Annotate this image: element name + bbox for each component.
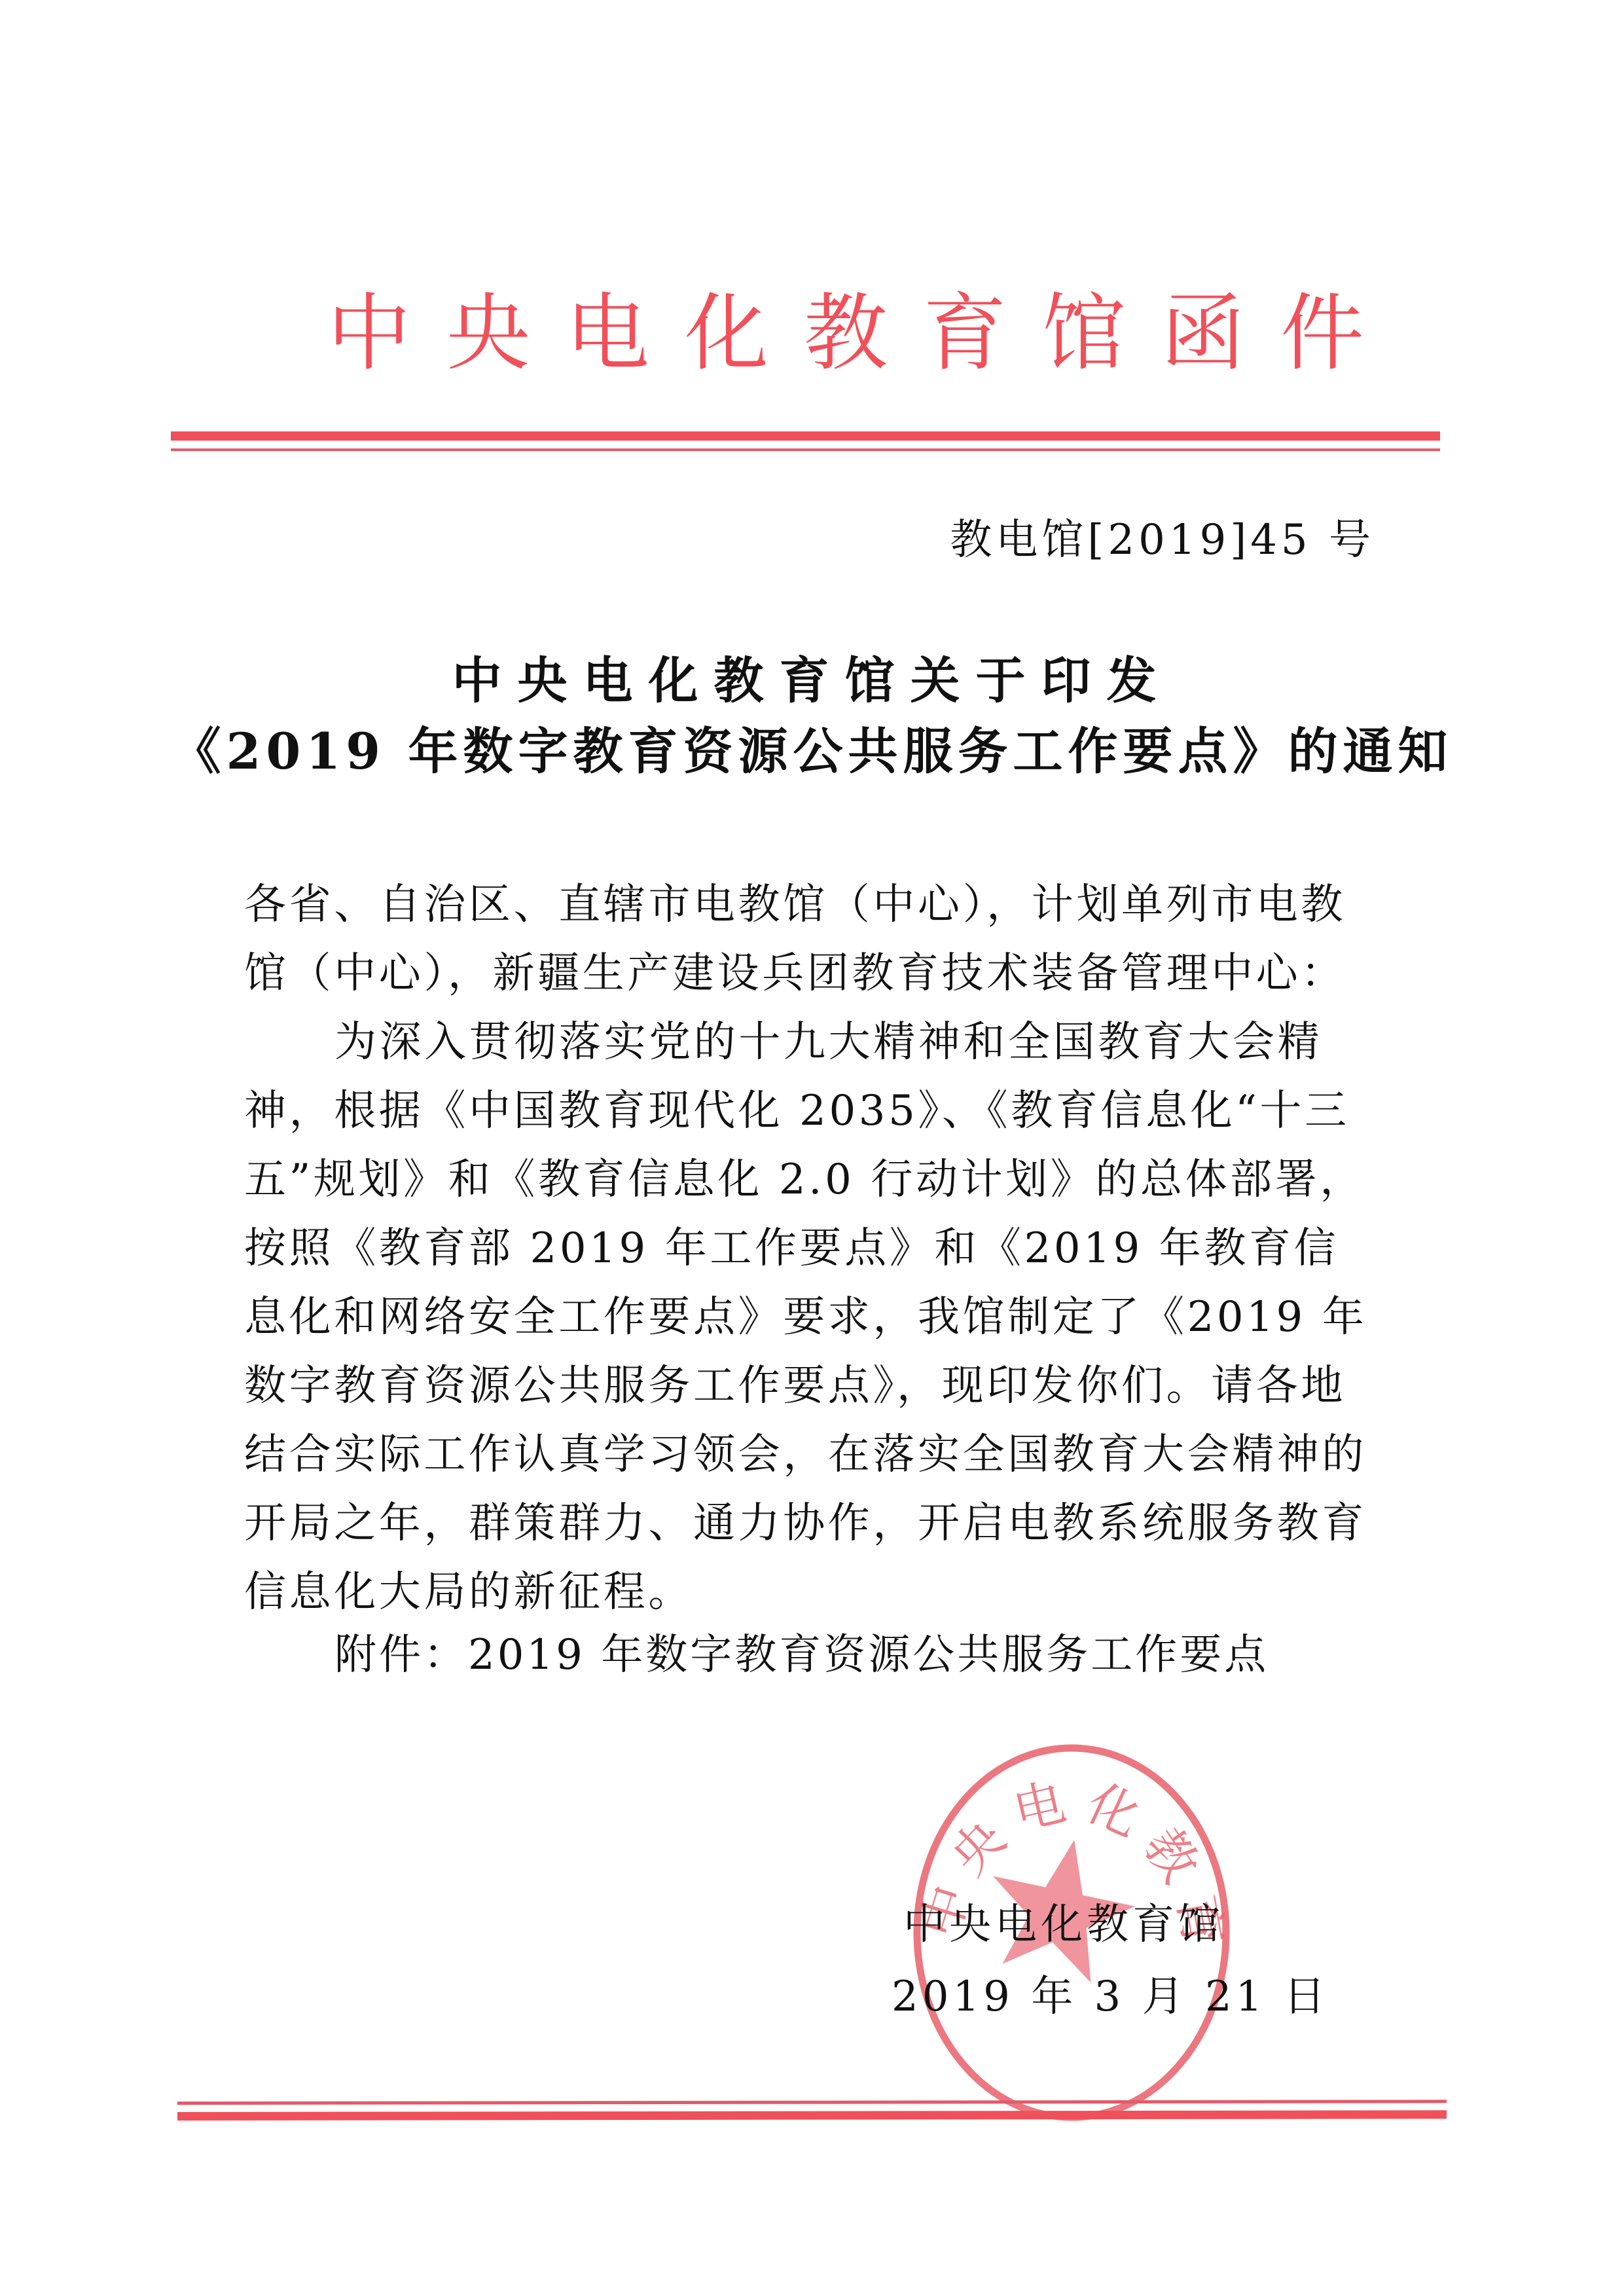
header-rule-thick <box>171 431 1440 441</box>
notice-body: 各省、自治区、直辖市电教馆（中心），计划单列市电教馆（中心），新疆生产建设兵团教… <box>244 871 1370 1627</box>
attachment-line: 附件：2019 年数字教育资源公共服务工作要点 <box>334 1622 1269 1688</box>
document-number: 教电馆[2019]45 号 <box>950 514 1375 566</box>
signature-date: 2019 年 3 月 21 日 <box>892 1964 1329 2030</box>
signature-organization: 中央电化教育馆 <box>903 1892 1224 1958</box>
header-rule-thin <box>171 448 1440 451</box>
notice-title-line1: 中央电化教育馆关于印发 <box>0 648 1624 714</box>
body-paragraph: 为深入贯彻落实党的十九大精神和全国教育大会精神，根据《中国教育现代化 2035》… <box>244 1008 1370 1627</box>
footer-rule-thin <box>177 2100 1447 2105</box>
footer-rule-thick <box>177 2110 1447 2121</box>
salutation: 各省、自治区、直辖市电教馆（中心），计划单列市电教馆（中心），新疆生产建设兵团教… <box>244 871 1370 1008</box>
letterhead-title: 中央电化教育馆函件 <box>327 282 1322 386</box>
notice-title-line2: 《2019 年数字教育资源公共服务工作要点》的通知 <box>0 719 1624 784</box>
